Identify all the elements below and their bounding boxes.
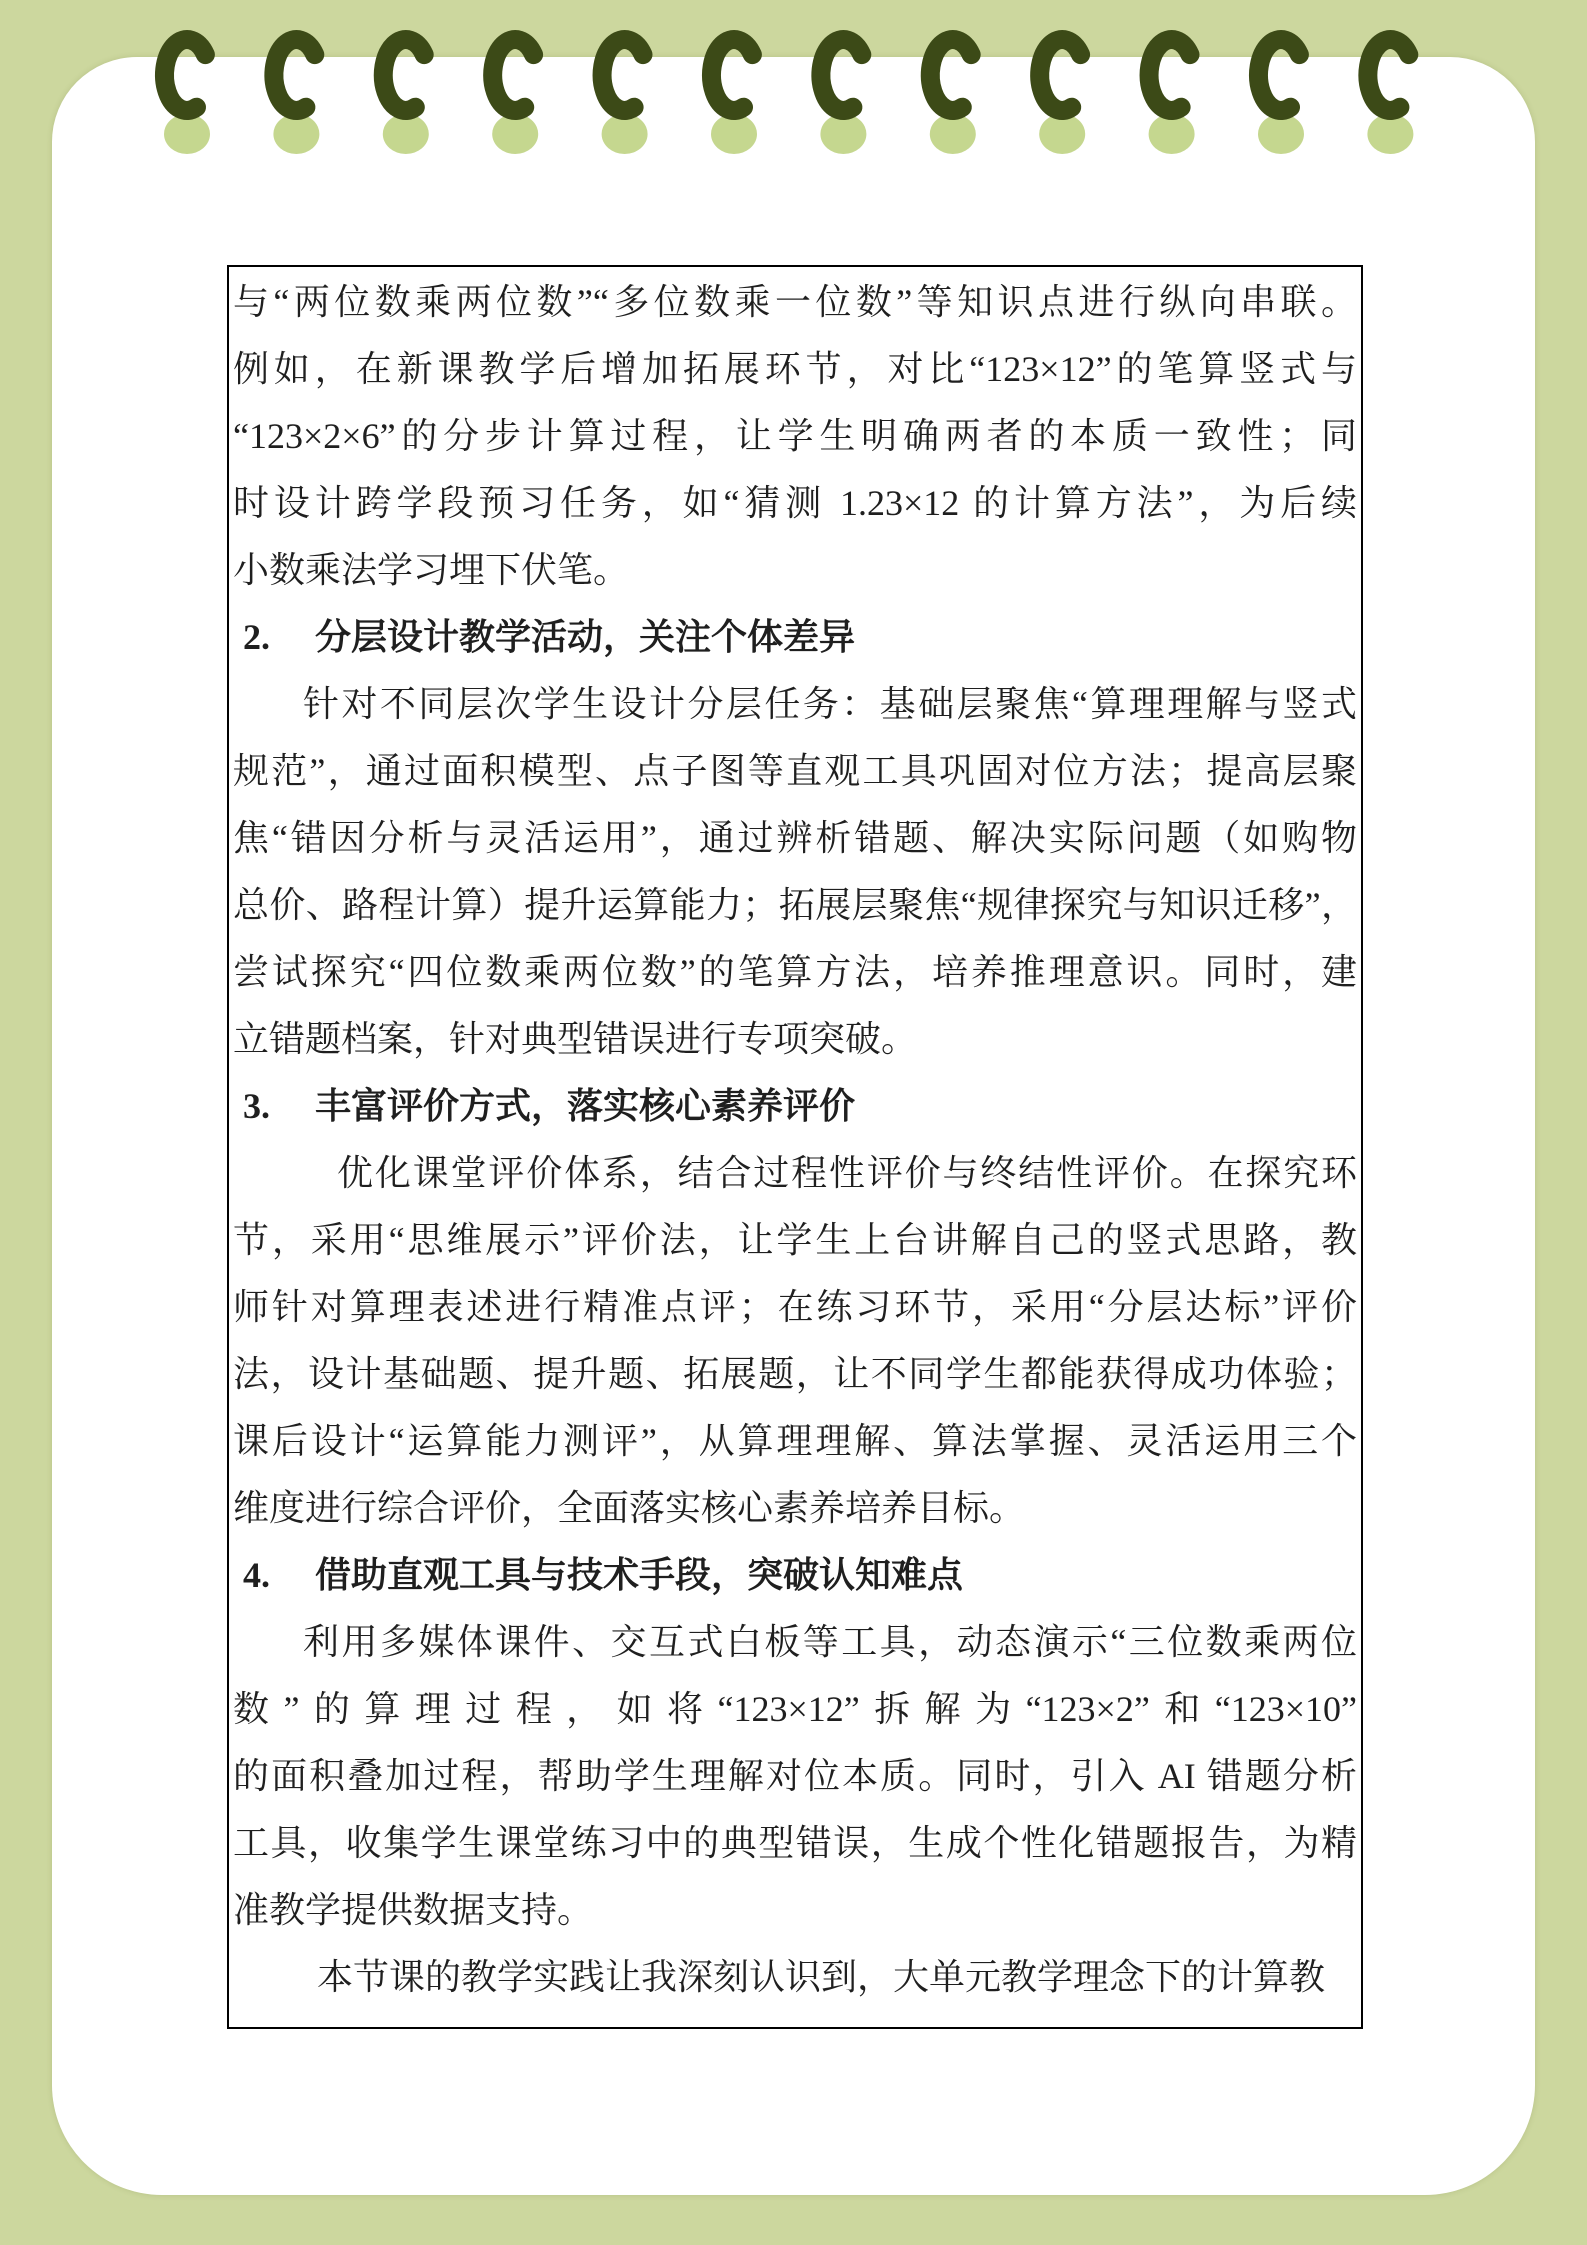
spiral-ring-icon [493, 40, 534, 111]
text-line: 例如，在新课教学后增加拓展环节，对比“123×12”的笔算竖式与 [233, 336, 1357, 403]
text-line: 法，设计基础题、提升题、拓展题，让不同学生都能获得成功体验； [233, 1341, 1357, 1408]
text-line: 师针对算理表述进行精准点评；在练习环节，采用“分层达标”评价 [233, 1274, 1357, 1341]
text-line: 时设计跨学段预习任务，如“猜测 1.23×12 的计算方法”，为后续 [233, 470, 1357, 537]
spiral-binding [0, 0, 1587, 180]
text-line: 利用多媒体课件、交互式白板等工具，动态演示“三位数乘两位 [233, 1609, 1357, 1676]
text-line: 优化课堂评价体系，结合过程性评价与终结性评价。在探究环 [233, 1140, 1357, 1207]
text-line: 数”的算理过程，如将“123×12”拆解为“123×2”和“123×10” [233, 1676, 1357, 1743]
text-line: 针对不同层次学生设计分层任务：基础层聚焦“算理理解与竖式 [233, 671, 1357, 738]
text-line: 规范”，通过面积模型、点子图等直观工具巩固对位方法；提高层聚 [233, 738, 1357, 805]
text-line: 节，采用“思维展示”评价法，让学生上台讲解自己的竖式思路，教 [233, 1207, 1357, 1274]
text-line: 总价、路程计算）提升运算能力；拓展层聚焦“规律探究与知识迁移”， [233, 872, 1357, 939]
spiral-ring-icon [602, 40, 643, 111]
text-line: 课后设计“运算能力测评”，从算理理解、算法掌握、灵活运用三个 [233, 1408, 1357, 1475]
text-line: “123×2×6”的分步计算过程，让学生明确两者的本质一致性；同 [233, 403, 1357, 470]
spiral-ring-icon [1149, 40, 1190, 111]
spiral-ring-icon [1368, 40, 1409, 111]
spiral-ring-icon [164, 40, 205, 111]
spiral-ring-icon [274, 40, 315, 111]
heading-number: 4. [243, 1542, 315, 1609]
text-line: 与“两位数乘两位数”“多位数乘一位数”等知识点进行纵向串联。 [233, 269, 1357, 336]
spiral-ring-icon [821, 40, 862, 111]
spiral-ring-icon [1258, 40, 1299, 111]
text-line: 的面积叠加过程，帮助学生理解对位本质。同时，引入 AI 错题分析 [233, 1743, 1357, 1810]
spiral-ring-icon [711, 40, 752, 111]
heading-number: 2. [243, 604, 315, 671]
text-line: 尝试探究“四位数乘两位数”的笔算方法，培养推理意识。同时，建 [233, 939, 1357, 1006]
spiral-ring-icon [383, 40, 424, 111]
spiral-ring-icon [930, 40, 971, 111]
content-box: 与“两位数乘两位数”“多位数乘一位数”等知识点进行纵向串联。例如，在新课教学后增… [227, 265, 1363, 2029]
text-line: 小数乘法学习埋下伏笔。 [233, 537, 1357, 604]
text-line: 焦“错因分析与灵活运用”，通过辨析错题、解决实际问题（如购物 [233, 805, 1357, 872]
section-heading: 2.分层设计教学活动，关注个体差异 [233, 604, 1357, 671]
text-line: 立错题档案，针对典型错误进行专项突破。 [233, 1006, 1357, 1073]
text-line: 工具，收集学生课堂练习中的典型错误，生成个性化错题报告，为精 [233, 1810, 1357, 1877]
heading-title: 借助直观工具与技术手段，突破认知难点 [315, 1555, 963, 1596]
section-heading: 3.丰富评价方式，落实核心素养评价 [233, 1073, 1357, 1140]
spiral-ring-icon [1040, 40, 1081, 111]
heading-title: 丰富评价方式，落实核心素养评价 [315, 1086, 855, 1127]
heading-title: 分层设计教学活动，关注个体差异 [315, 617, 855, 658]
text-line: 准教学提供数据支持。 [233, 1877, 1357, 1944]
text-line: 本节课的教学实践让我深刻认识到，大单元教学理念下的计算教 [233, 1944, 1357, 2011]
heading-number: 3. [243, 1073, 315, 1140]
section-heading: 4.借助直观工具与技术手段，突破认知难点 [233, 1542, 1357, 1609]
text-line: 维度进行综合评价，全面落实核心素养培养目标。 [233, 1475, 1357, 1542]
